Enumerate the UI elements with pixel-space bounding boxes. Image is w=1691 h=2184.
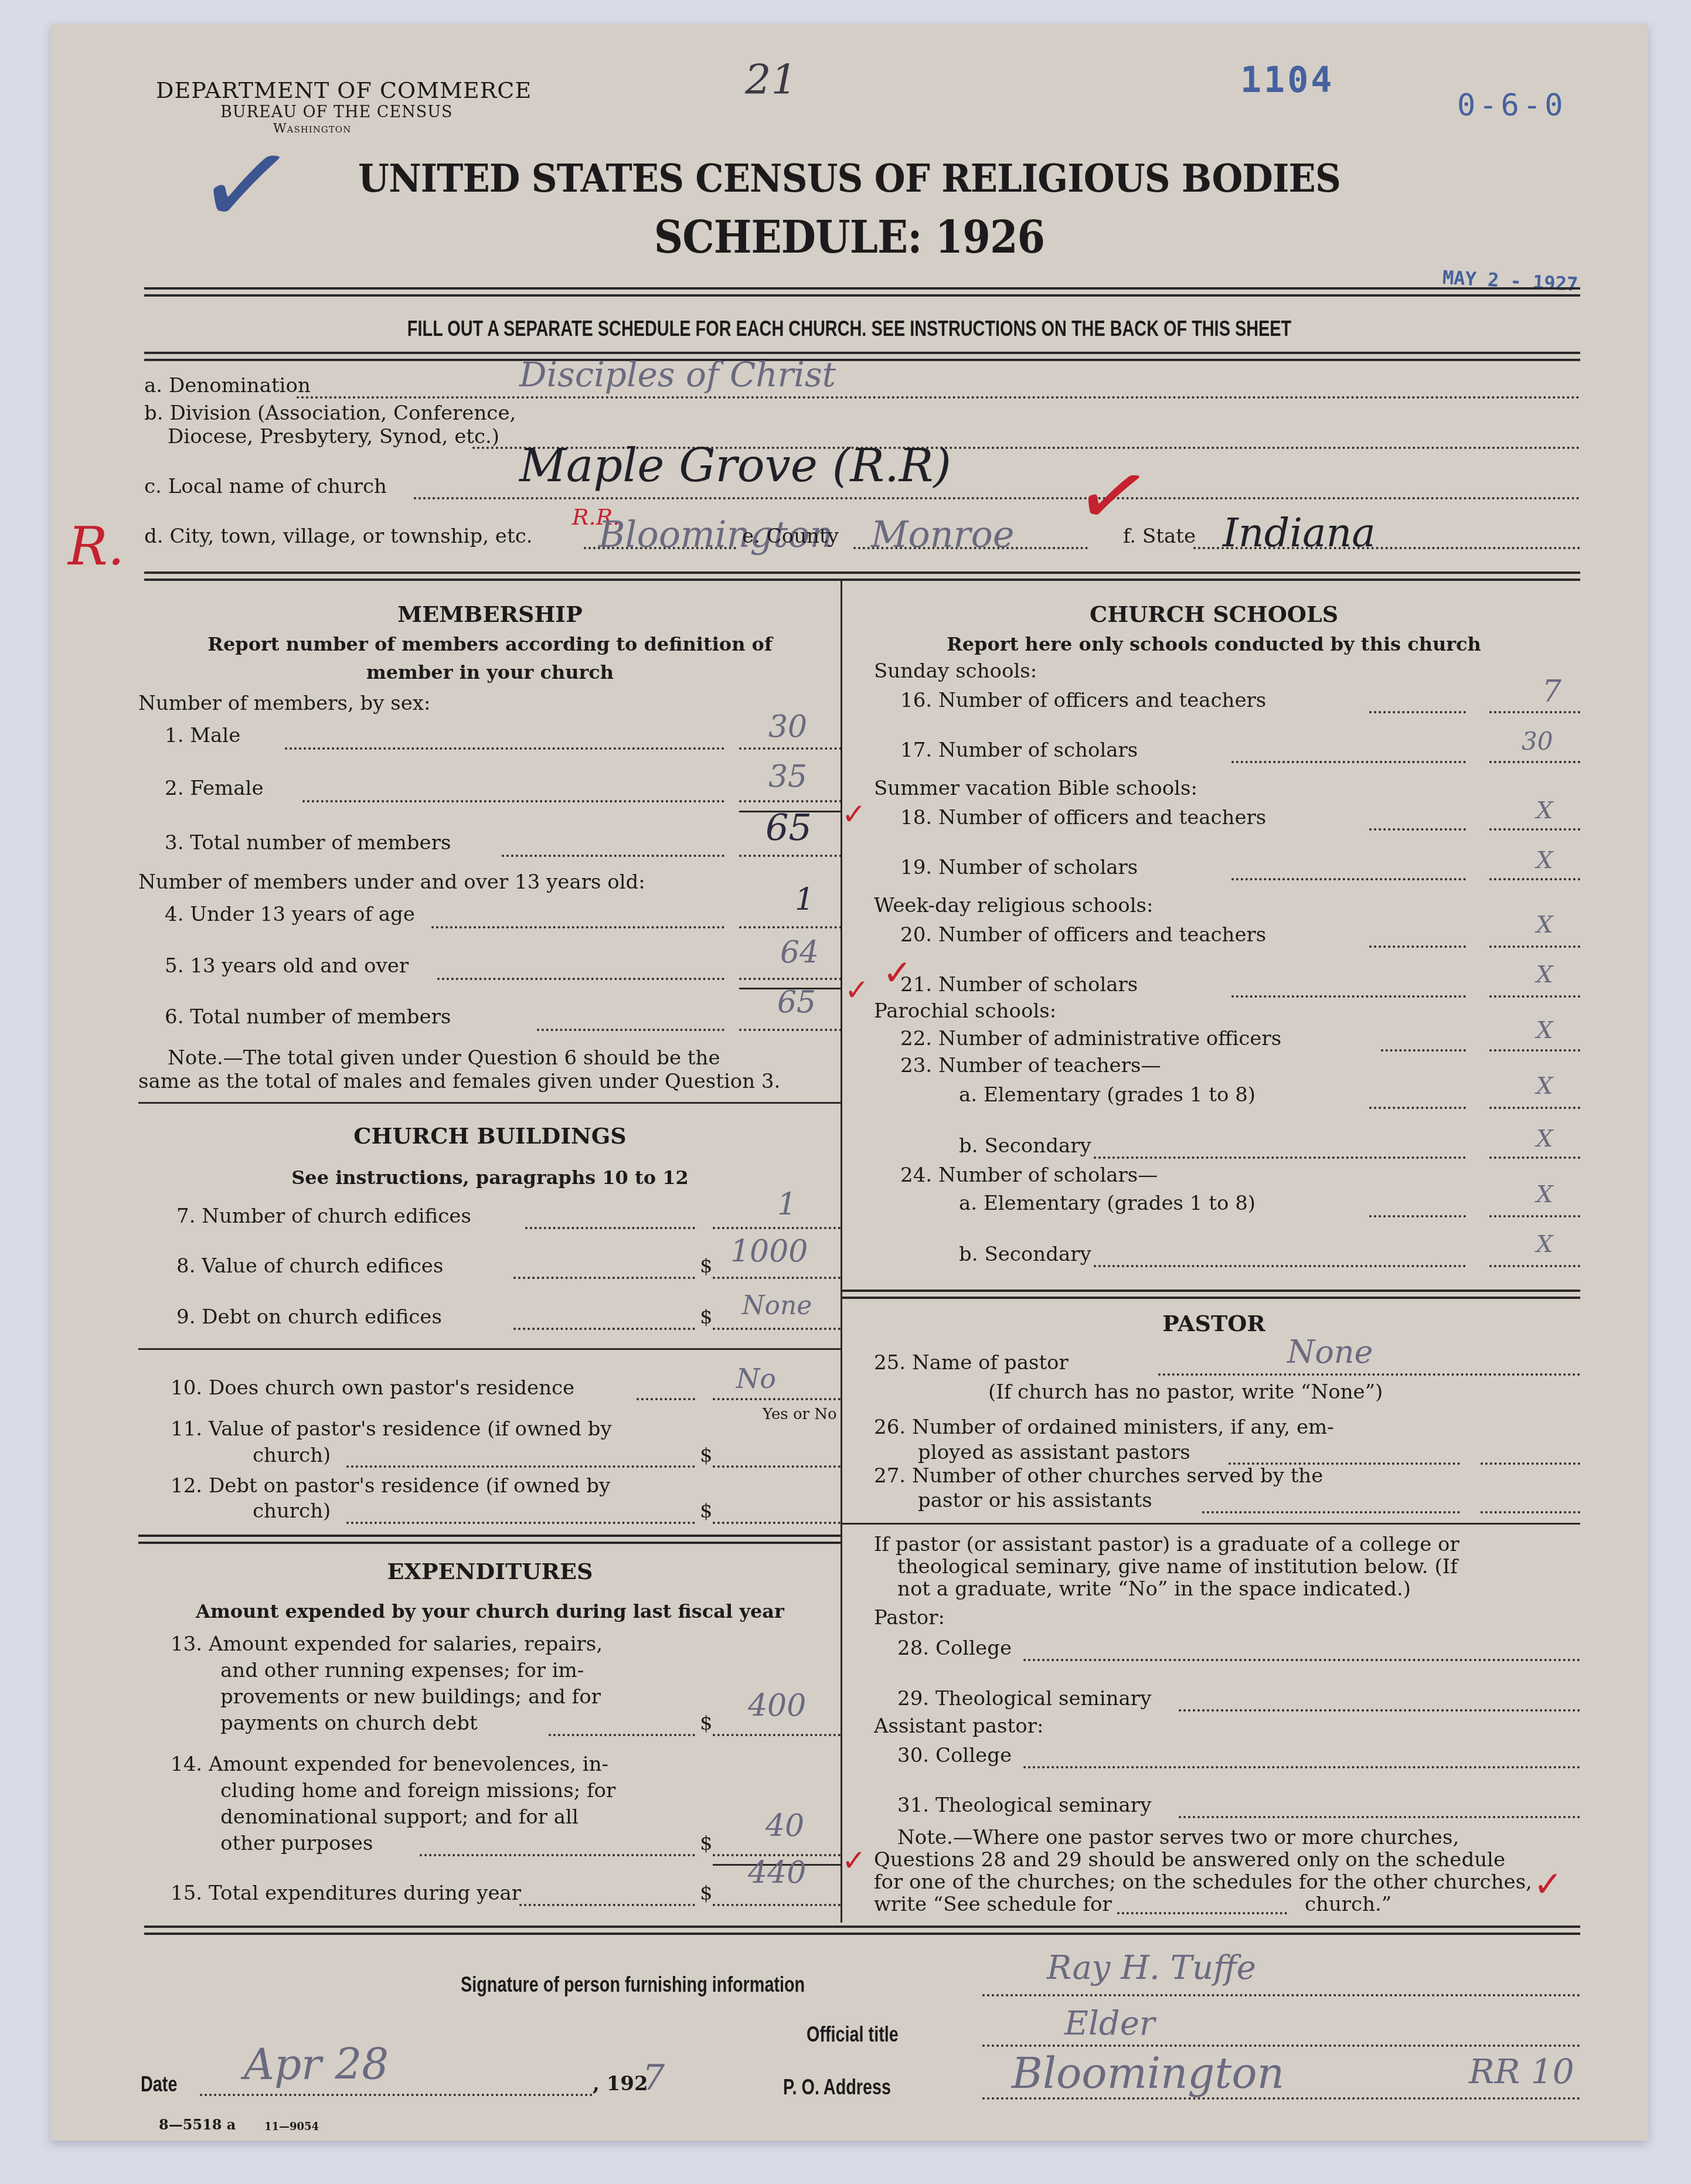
q24a-elementary-scholars-field[interactable]: X (1536, 1181, 1553, 1208)
q5-13plus-field[interactable]: 64 (780, 935, 819, 970)
po-address-field[interactable]: Bloomington (1012, 2049, 1284, 2098)
pastor-rule (842, 1523, 1580, 1525)
q9-dollar-sign: $ (700, 1305, 713, 1329)
q1-answer-line (739, 747, 842, 750)
q6-red-check-icon: ✓ (845, 973, 869, 1007)
church-buildings-heading: CHURCH BUILDINGS (144, 1122, 836, 1149)
q23a-answer-line (1489, 1107, 1580, 1109)
see-schedule-church-field[interactable] (1117, 1912, 1287, 1914)
state-field[interactable]: Indiana (1223, 510, 1376, 556)
census-schedule-sheet: DEPARTMENT OF COMMERCE BUREAU OF THE CEN… (50, 23, 1648, 2141)
q10-answer-line (713, 1398, 841, 1400)
q25-label: 25. Name of pastor (874, 1351, 1069, 1375)
q10-leader (637, 1398, 695, 1400)
q27-line-2: pastor or his assistants (918, 1489, 1152, 1512)
q22-admin-officers-field[interactable]: X (1536, 1017, 1553, 1044)
church-schools-subtitle: Report here only schools conducted by th… (848, 633, 1580, 655)
buildings-rule-1 (138, 1348, 841, 1350)
po-address-label: P. O. Address (783, 2075, 891, 2100)
q31-assistant-seminary-field[interactable] (1179, 1816, 1580, 1818)
church-buildings-subtitle: See instructions, paragraphs 10 to 12 (144, 1166, 836, 1189)
q23b-secondary-teachers-field[interactable]: X (1536, 1125, 1553, 1152)
graduate-instructions-3: not a graduate, write “No” in the space … (897, 1577, 1411, 1601)
q25-pastor-name-field[interactable]: None (1287, 1333, 1373, 1370)
pastor-subgroup-label: Pastor: (874, 1606, 945, 1630)
header-rule (144, 287, 1580, 297)
q24b-label: b. Secondary (959, 1243, 1091, 1266)
instruction-rule (144, 352, 1580, 361)
pastor-note-4b: church.” (1305, 1893, 1391, 1916)
summer-schools-label: Summer vacation Bible schools: (874, 777, 1197, 800)
assistant-pastor-label: Assistant pastor: (874, 1714, 1043, 1738)
q24-label: 24. Number of scholars— (900, 1164, 1158, 1187)
q18-label: 18. Number of officers and teachers (900, 806, 1266, 829)
q30-assistant-college-field[interactable] (1023, 1766, 1580, 1768)
q22-answer-line (1489, 1049, 1580, 1052)
date-label: Date (141, 2072, 177, 2097)
q3-label: 3. Total number of members (165, 831, 451, 855)
weekday-schools-label: Week-day religious schools: (874, 894, 1153, 917)
q6-total-field[interactable]: 65 (777, 985, 816, 1020)
pastor-heading: PASTOR (848, 1310, 1580, 1336)
q19-leader (1231, 878, 1466, 880)
q31-label: 31. Theological seminary (897, 1794, 1151, 1817)
margin-red-mark: R. (68, 516, 124, 577)
form-number: 8—5518 a (159, 2116, 236, 2133)
sunday-schools-label: Sunday schools: (874, 659, 1037, 683)
q1-label: 1. Male (165, 724, 240, 747)
q5-leader (437, 978, 724, 980)
q22-label: 22. Number of administrative officers (900, 1027, 1281, 1050)
q9-label: 9. Debt on church edifices (176, 1305, 442, 1329)
q15-leader (519, 1904, 695, 1906)
q23a-elementary-teachers-field[interactable]: X (1536, 1073, 1553, 1100)
schedule-title: SCHEDULE: 1926 (130, 211, 1568, 263)
q13-leader (549, 1734, 695, 1736)
q11-value-field[interactable] (713, 1465, 841, 1468)
q23-label: 23. Number of teachers— (900, 1054, 1161, 1077)
q15-answer-line (713, 1904, 841, 1906)
q26-assistant-pastors-field[interactable] (1481, 1462, 1580, 1465)
q11-label-2: church) (253, 1444, 331, 1467)
q29-label: 29. Theological seminary (897, 1687, 1151, 1710)
footer-rule (144, 1926, 1580, 1935)
identification-rule (144, 571, 1580, 581)
q20-weekday-teachers-field[interactable]: X (1536, 911, 1553, 938)
q7-answer-line (713, 1227, 841, 1229)
local-name-line (414, 497, 1580, 499)
church-schools-heading: CHURCH SCHOOLS (848, 601, 1580, 627)
year-digit-field[interactable]: 7 (642, 2057, 665, 2098)
q9-leader (513, 1328, 695, 1330)
column-divider (841, 580, 842, 1923)
q11-label-1: 11. Value of pastor's residence (if owne… (171, 1417, 612, 1441)
q13-answer-line (713, 1734, 841, 1736)
q27-other-churches-field[interactable] (1481, 1511, 1580, 1513)
q29-pastor-seminary-field[interactable] (1179, 1709, 1580, 1712)
membership-note-1: Note.—The total given under Question 6 s… (168, 1046, 842, 1070)
pastor-note-3: for one of the churches; on the schedule… (874, 1870, 1532, 1894)
q2-female-field[interactable]: 35 (768, 759, 807, 794)
q21-label: 21. Number of scholars (900, 973, 1138, 996)
pastor-note-1: Note.—Where one pastor serves two or mor… (897, 1826, 1459, 1849)
parochial-schools-label: Parochial schools: (874, 999, 1056, 1023)
q21-weekday-scholars-field[interactable]: X (1536, 961, 1553, 988)
date-field[interactable]: Apr 28 (244, 2040, 389, 2089)
code-stamp: 0-6-0 (1457, 88, 1567, 123)
official-title-label: Official title (807, 2022, 899, 2047)
q16-label: 16. Number of officers and teachers (900, 689, 1266, 712)
q12-label-1: 12. Debt on pastor's residence (if owned… (171, 1474, 610, 1498)
q18-answer-line (1489, 828, 1580, 831)
by-age-label: Number of members under and over 13 year… (138, 870, 645, 894)
membership-note-2: same as the total of males and females g… (138, 1070, 842, 1093)
membership-subtitle-1: Report number of members according to de… (144, 633, 836, 655)
q21-leader (1231, 995, 1466, 998)
q4-answer-line (739, 926, 842, 928)
official-title-field[interactable]: Elder (1064, 2005, 1155, 2043)
q6-leader (537, 1029, 724, 1031)
q4-under13-field[interactable]: 1 (795, 882, 814, 917)
q16-sunday-teachers-field[interactable]: 7 (1542, 674, 1561, 709)
q19-answer-line (1489, 878, 1580, 880)
q13-running-expenses-field[interactable]: 400 (748, 1688, 806, 1723)
q16-leader (1369, 711, 1466, 713)
q15-label: 15. Total expenditures during year (171, 1882, 521, 1905)
q25-line (1158, 1373, 1580, 1376)
membership-rule (138, 1102, 841, 1104)
q27-leader (1202, 1511, 1460, 1513)
denomination-line (297, 396, 1580, 399)
q23a-leader (1369, 1107, 1466, 1109)
q14-line-2: cluding home and foreign missions; for (220, 1779, 615, 1802)
q12-label-2: church) (253, 1499, 331, 1523)
q20-label: 20. Number of officers and teachers (900, 923, 1266, 947)
q22-leader (1381, 1049, 1466, 1052)
pastor-note-2: Questions 28 and 29 should be answered o… (874, 1848, 1505, 1872)
q8-answer-line (713, 1277, 841, 1279)
q3-answer-line (739, 855, 842, 857)
q25-hint: (If church has no pastor, write “None”) (988, 1380, 1383, 1404)
q24b-secondary-scholars-field[interactable]: X (1536, 1231, 1553, 1258)
instruction-bar: FILL OUT A SEPARATE SCHEDULE FOR EACH CH… (226, 317, 1472, 341)
q15-dollar-sign: $ (700, 1882, 713, 1905)
q13-line-3: provements or new buildings; and for (220, 1685, 601, 1709)
q18-summer-teachers-field[interactable]: X (1536, 797, 1553, 824)
q2-answer-line (739, 800, 842, 802)
county-field[interactable]: Monroe (871, 513, 1014, 556)
q7-leader (525, 1227, 695, 1229)
signature-line (982, 1994, 1580, 1996)
q28-label: 28. College (897, 1637, 1012, 1660)
pastor-red-check-icon: ✓ (1533, 1864, 1563, 1905)
q23b-leader (1094, 1156, 1466, 1159)
expenditures-subtitle: Amount expended by your church during la… (144, 1600, 836, 1622)
q12-debt-field[interactable] (713, 1522, 841, 1524)
q17-leader (1231, 761, 1466, 763)
stamp-number: 1104 (1240, 60, 1335, 101)
pastor-note-4a: write “See schedule for (874, 1893, 1112, 1916)
q10-label: 10. Does church own pastor's residence (171, 1376, 574, 1400)
q14-leader (420, 1854, 695, 1856)
q27-line-1: 27. Number of other churches served by t… (874, 1464, 1323, 1488)
state-label: f. State (1123, 525, 1196, 548)
q5-label: 5. 13 years old and over (165, 954, 409, 978)
q24b-answer-line (1489, 1265, 1580, 1267)
q12-dollar-sign: $ (700, 1499, 713, 1523)
q17-sunday-scholars-field[interactable]: 30 (1522, 727, 1553, 756)
q11-leader (346, 1465, 695, 1468)
q2-label: 2. Female (165, 777, 264, 800)
graduate-instructions-2: theological seminary, give name of insti… (897, 1555, 1458, 1579)
q20-leader (1369, 945, 1466, 948)
date-line (200, 2094, 593, 2096)
q14-benevolences-field[interactable]: 40 (765, 1808, 804, 1843)
q21-answer-line (1489, 995, 1580, 998)
local-name-field[interactable]: Maple Grove (R.R) (519, 440, 951, 492)
membership-subtitle-2: member in your church (144, 661, 836, 683)
yes-no-hint: Yes or No (763, 1406, 837, 1423)
q3-total-field[interactable]: 65 (765, 806, 812, 849)
q4-leader (431, 926, 724, 928)
q23b-label: b. Secondary (959, 1134, 1091, 1158)
q18-leader (1369, 828, 1466, 831)
page-number-handwritten: 21 (745, 56, 797, 104)
q13-line-4: payments on church debt (220, 1712, 478, 1735)
q15-total-field[interactable]: 440 (748, 1855, 806, 1890)
q9-answer-line (713, 1328, 841, 1330)
q14-line-1: 14. Amount expended for benevolences, in… (171, 1753, 608, 1776)
q24b-leader (1094, 1265, 1466, 1267)
local-name-label: c. Local name of church (144, 475, 387, 498)
q23a-label: a. Elementary (grades 1 to 8) (959, 1083, 1256, 1107)
q1-male-field[interactable]: 30 (768, 709, 807, 744)
q6-label: 6. Total number of members (165, 1005, 451, 1029)
q20-answer-line (1489, 945, 1580, 948)
q13-line-1: 13. Amount expended for salaries, repair… (171, 1632, 603, 1656)
department-name: DEPARTMENT OF COMMERCE (156, 77, 625, 103)
signature-label: Signature of person furnishing informati… (461, 1972, 805, 1997)
q24a-leader (1369, 1215, 1466, 1217)
q3-red-check-icon: ✓ (842, 797, 866, 831)
q11-dollar-sign: $ (700, 1444, 713, 1467)
membership-heading: MEMBERSHIP (144, 601, 836, 627)
q14-dollar-sign: $ (700, 1832, 713, 1855)
q8-value-field[interactable]: 1000 (730, 1234, 808, 1269)
q1-leader (285, 747, 724, 750)
print-code: 11—9054 (264, 2121, 319, 2133)
q8-leader (513, 1277, 695, 1279)
q30-label: 30. College (897, 1744, 1012, 1767)
q16-answer-line (1489, 711, 1580, 713)
official-title-line (982, 2044, 1580, 2047)
q2-leader (302, 800, 724, 802)
q7-edifices-field[interactable]: 1 (777, 1187, 797, 1222)
q8-dollar-sign: $ (700, 1254, 713, 1278)
city-label: d. City, town, village, or township, etc… (144, 525, 533, 548)
q7-label: 7. Number of church edifices (176, 1205, 471, 1228)
denomination-label: a. Denomination (144, 374, 311, 397)
q26-line-2: ployed as assistant pastors (918, 1441, 1190, 1464)
division-label-line1: b. Division (Association, Conference, (144, 402, 516, 425)
denomination-field[interactable]: Disciples of Christ (519, 355, 836, 394)
q9-debt-field[interactable]: None (742, 1291, 812, 1321)
division-label-line2: Diocese, Presbytery, Synod, etc.) (168, 425, 499, 448)
q17-answer-line (1489, 761, 1580, 763)
county-label: e. County (742, 525, 839, 548)
schools-rule (842, 1290, 1580, 1299)
q12-leader (346, 1522, 695, 1524)
q24a-label: a. Elementary (grades 1 to 8) (959, 1192, 1256, 1215)
by-sex-label: Number of members, by sex: (138, 692, 430, 715)
po-address-route-field[interactable]: RR 10 (1469, 2052, 1574, 2091)
q10-residence-field[interactable]: No (736, 1363, 776, 1394)
q8-label: 8. Value of church edifices (176, 1254, 443, 1278)
q19-label: 19. Number of scholars (900, 856, 1138, 879)
q15-red-check-icon: ✓ (842, 1843, 866, 1877)
signature-field[interactable]: Ray H. Tuffe (1047, 1949, 1256, 1987)
q17-label: 17. Number of scholars (900, 739, 1138, 762)
q19-summer-scholars-field[interactable]: X (1536, 847, 1553, 874)
q24a-answer-line (1489, 1215, 1580, 1217)
year-prefix: , 192 (593, 2072, 648, 2095)
q6-answer-line (739, 1029, 842, 1031)
q14-line-4: other purposes (220, 1832, 373, 1855)
q13-line-2: and other running expenses; for im- (220, 1659, 584, 1682)
document-title: UNITED STATES CENSUS OF RELIGIOUS BODIES (114, 155, 1584, 201)
q14-line-3: denominational support; and for all (220, 1805, 579, 1829)
q26-line-1: 26. Number of ordained ministers, if any… (874, 1416, 1334, 1439)
q13-dollar-sign: $ (700, 1712, 713, 1735)
q5-answer-line (739, 978, 842, 980)
q23b-answer-line (1489, 1156, 1580, 1159)
buildings-rule-2 (138, 1535, 841, 1544)
q28-pastor-college-field[interactable] (1023, 1659, 1580, 1661)
graduate-instructions-1: If pastor (or assistant pastor) is a gra… (874, 1533, 1459, 1556)
q3-leader (502, 855, 724, 857)
q4-label: 4. Under 13 years of age (165, 903, 415, 926)
expenditures-heading: EXPENDITURES (144, 1558, 836, 1584)
